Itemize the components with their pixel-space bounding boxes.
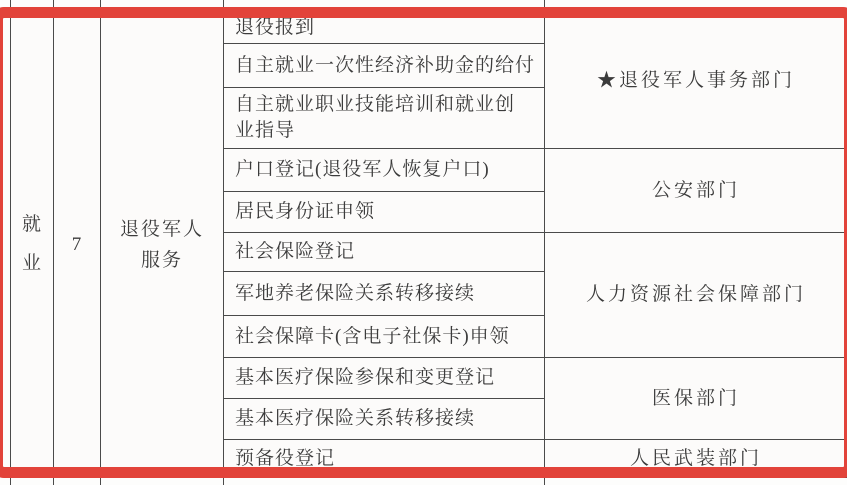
service-item: 社会保障卡(含电子社保卡)申领 xyxy=(224,316,544,357)
service-item: 军地养老保险关系转移接续 xyxy=(224,272,544,315)
grid-line-stub xyxy=(100,477,101,485)
grid-line-stub xyxy=(100,0,101,12)
row-number-cell: 7 xyxy=(54,13,100,477)
grid-line-stub xyxy=(10,477,11,485)
grid-line-stub xyxy=(53,0,54,12)
department-cell: 人力资源社会保障部门 xyxy=(545,233,847,357)
service-name: 退役军人服务 xyxy=(117,214,207,277)
grid-line-stub xyxy=(544,0,545,12)
service-item: 基本医疗保险参保和变更登记 xyxy=(224,358,544,398)
service-item: 自主就业一次性经济补助金的给付 xyxy=(224,44,544,87)
service-item: 自主就业职业技能培训和就业创 业指导 xyxy=(224,88,544,148)
row-number: 7 xyxy=(72,232,83,258)
department-cell: 人民武装部门 xyxy=(545,440,847,477)
grid-line-stub xyxy=(223,477,224,485)
department-cell: 公安部门 xyxy=(545,149,847,232)
category-cell: 就业 xyxy=(11,13,53,477)
services-table: 就业 7 退役军人服务 退役报到 自主就业一次性经济补助金的给付 自主就业职业技… xyxy=(10,12,847,478)
grid-line-stub xyxy=(10,0,11,12)
service-item: 户口登记(退役军人恢复户口) xyxy=(224,149,544,191)
service-item: 预备役登记 xyxy=(224,440,544,477)
grid-line-stub xyxy=(53,477,54,485)
category-label: 就业 xyxy=(20,206,44,284)
department-cell: ★退役军人事务部门 xyxy=(545,13,847,148)
service-name-cell: 退役军人服务 xyxy=(101,13,223,477)
service-item: 退役报到 xyxy=(224,13,544,43)
service-item: 社会保险登记 xyxy=(224,233,544,271)
grid-line-stub xyxy=(544,477,545,485)
document-page: 就业 7 退役军人服务 退役报到 自主就业一次性经济补助金的给付 自主就业职业技… xyxy=(0,0,847,485)
service-item: 基本医疗保险关系转移接续 xyxy=(224,399,544,439)
service-item: 居民身份证申领 xyxy=(224,192,544,232)
grid-line-stub xyxy=(223,0,224,12)
department-cell: 医保部门 xyxy=(545,358,847,439)
